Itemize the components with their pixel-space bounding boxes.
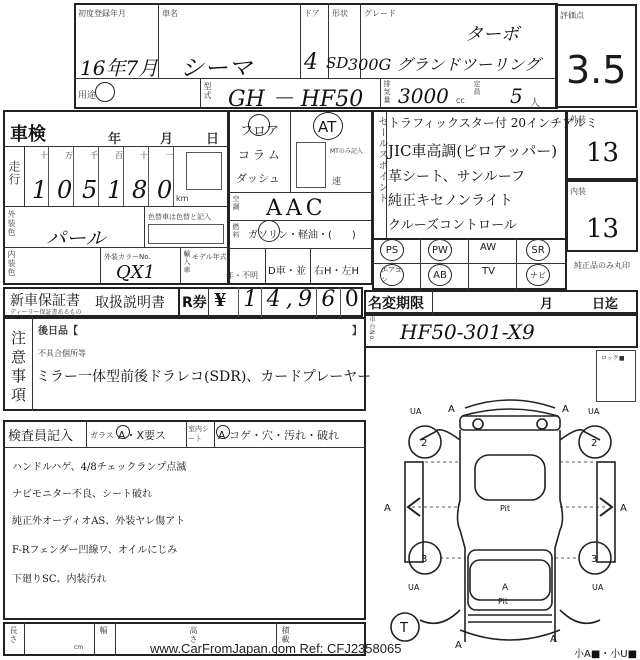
mark-fl-wheel: UA [410,407,422,416]
equipment-navi[interactable]: ナビ [526,264,550,286]
color-code-label: 外装カラーNo. [104,252,151,262]
chassis-label: 車台No. [367,316,376,343]
interior-score-value: 13 [586,214,619,244]
sales-point-line: 純正キセノンライト [388,190,513,210]
mileage-digit: 0 [157,176,172,204]
defect-label: 不具合個所等 [38,348,86,359]
car-diagram: A A UA UA 2 2 A A Pit 3 3 UA UA A Pit A … [380,380,640,650]
sales-point-line: 革シート、サンルーフ [388,166,525,186]
import-label: 輸入車 [182,250,192,274]
shaken-year-label: 年 [108,128,121,147]
mileage-unit: km [176,194,188,203]
mileage-digits: 十1 万0 千5 百1 十8 一0 [24,146,174,206]
color-change-label: 色替車は色替と記入 [148,212,211,222]
mark-fr-wheel: UA [588,407,600,416]
inspector-line: F-Rフェンダー凹線ワ、オイルにじみ [12,541,177,556]
length-unit: cm [74,644,83,651]
manual-label: 取扱説明書 [95,292,165,312]
name-change-month: 月 [540,293,553,312]
first-reg-value: 16年7月 [80,52,158,81]
mileage-digit: 1 [107,176,122,204]
sales-point-line: JIC車高調(ピロアッパー) [388,140,557,161]
mark-rear-mid: A [502,583,509,593]
grade-label: グレード [364,8,396,19]
ac-label: 空調 [231,195,241,211]
capacity-unit: 人 [530,94,540,109]
name-change-deadline: 日迄 [592,293,618,312]
interior-color-label: 内装色 [6,250,17,277]
car-name-label: 車名 [162,8,178,19]
exterior-score-value: 13 [586,138,619,168]
genuine-label: 純正品のみ丸印 [570,260,634,271]
fuel-label: 燃料 [231,223,241,239]
shaken-month-label: 月 [160,128,173,147]
capacity-value: 5 [510,84,523,108]
mark-rr-tire: 3 [591,554,597,565]
mark-front-right: A [562,404,569,415]
grade-top: ターボ [465,20,519,46]
mark-rl-tire: 3 [421,554,427,565]
interior-score-label: 内装 [570,186,586,197]
score-value: 3.5 [566,48,626,92]
exterior-color-label: 外装色 [6,210,17,237]
score-label: 評価点 [560,10,584,21]
car-name-value: シーマ [180,48,252,83]
doors-value: 4 [304,50,318,75]
mileage-digit: 0 [57,176,72,204]
recycle-digits: 1 4 , 9 6 0 [238,287,363,317]
mark-rear-right: A [550,634,557,645]
doors-label: ドア [304,8,320,19]
aftermarket-close: 】 [352,322,362,337]
mileage-label: 走行 [6,160,23,186]
chassis-value: HF50-301-X9 [400,320,535,344]
interior-a-circle [216,425,230,439]
color-code-value: QX1 [116,262,155,283]
ac-value: AAC [266,196,327,221]
inspector-label: 検査員記入 [8,425,73,444]
tire-mark-icon: T [399,621,408,636]
width-label: 幅 [98,626,109,635]
recycle-label: R券 [182,292,207,312]
name-change-label: 名変期限 [368,293,424,313]
warranty-sub: ディーラー保証書あるもの [10,307,82,316]
mt-label: MTのみ記入 [330,146,366,155]
mileage-digit: 8 [132,176,147,204]
shaken-label: 車検 [10,120,46,146]
interior-seat-label: 室内シート [188,424,212,444]
equipment-ac[interactable]: エアコン [380,264,404,286]
capacity-label: 定員 [472,80,482,96]
equipment-ps[interactable]: PS [380,239,404,261]
equipment-pw[interactable]: PW [428,239,452,261]
displacement-value: 3000 [398,84,449,108]
first-reg-label: 初度登録年月 [78,8,126,19]
equipment-sr[interactable]: SR [526,239,550,261]
equipment-tv[interactable]: TV [482,266,495,277]
notes-line: ミラー一体型前後ドラレコ(SDR)、カードプレーヤー [36,366,371,386]
shaken-day-label: 日 [206,128,219,147]
shift-column[interactable]: コラム [238,146,283,163]
handle-label[interactable]: 右H・左H [314,262,359,277]
model-value: GH － HF50 [228,82,363,113]
displacement-unit: cc [456,96,465,105]
exterior-color-value: パール [46,222,106,251]
equipment-aw[interactable]: AW [480,242,496,253]
glass-a-circle [116,425,130,439]
mark-rear-pit: Pit [498,597,508,606]
shift-dash[interactable]: ダッシュ [236,170,280,186]
diagram-legend: 小A■・小U■ [574,645,637,660]
model-year-label: モデル年式 [192,252,227,262]
usage-circle [95,82,115,102]
inspector-line: 下廻りSC、内装汚れ [12,570,107,585]
glass-label: ガラス [90,430,114,441]
mark-roof-pit: Pit [500,504,510,513]
length-label: 長さ [8,626,19,644]
mark-fl-tire: 2 [421,438,427,449]
inspector-line: ハンドルハゲ、4/8チェックランプ点滅 [12,458,186,473]
displacement-label: 排気量 [382,80,392,104]
watermark: www.CarFromJapan.com Ref: CFJ2358065 [150,641,401,656]
inspector-line: 純正外オーディオAS、外装ヤレ傷アト [12,512,185,527]
mark-rr-wheel: UA [592,583,604,592]
dealer-label[interactable]: D車・並 [268,262,306,277]
mileage-digit: 1 [32,176,47,204]
sales-point-line: クルーズコントロール [388,214,517,233]
mileage-digit: 5 [82,176,97,204]
fuel-gasoline-circle [258,220,280,242]
mark-rl-wheel: UA [408,583,420,592]
mark-front-left: A [448,404,455,415]
shape-value: SD [326,54,348,72]
grade-value: 300G グランドツーリング [348,52,540,75]
shape-label: 形状 [332,8,348,19]
mark-right-side: A [620,503,627,514]
notes-label: 注意事項 [8,330,29,406]
mark-fr-tire: 2 [591,438,597,449]
mark-left-side: A [384,503,391,514]
speed-label: 速 [332,174,341,187]
inspector-line: ナビモニター不良、シート破れ [12,485,152,500]
exterior-score-label: 外装 [570,114,586,125]
model-year-unknown: 年・不明 [226,270,258,281]
aftermarket-label: 後日品【 [38,322,78,337]
usage-label: 用途 [78,88,96,101]
transmission-at-circle [313,112,343,140]
yen-sign: ¥ [214,290,227,311]
interior-seat-value: A コゲ・穴・汚れ・破れ [218,427,339,443]
shift-floor-circle [248,114,270,136]
mark-rear-left: A [455,640,462,650]
equipment-ab[interactable]: AB [428,264,452,286]
model-label: 型式 [202,82,213,100]
